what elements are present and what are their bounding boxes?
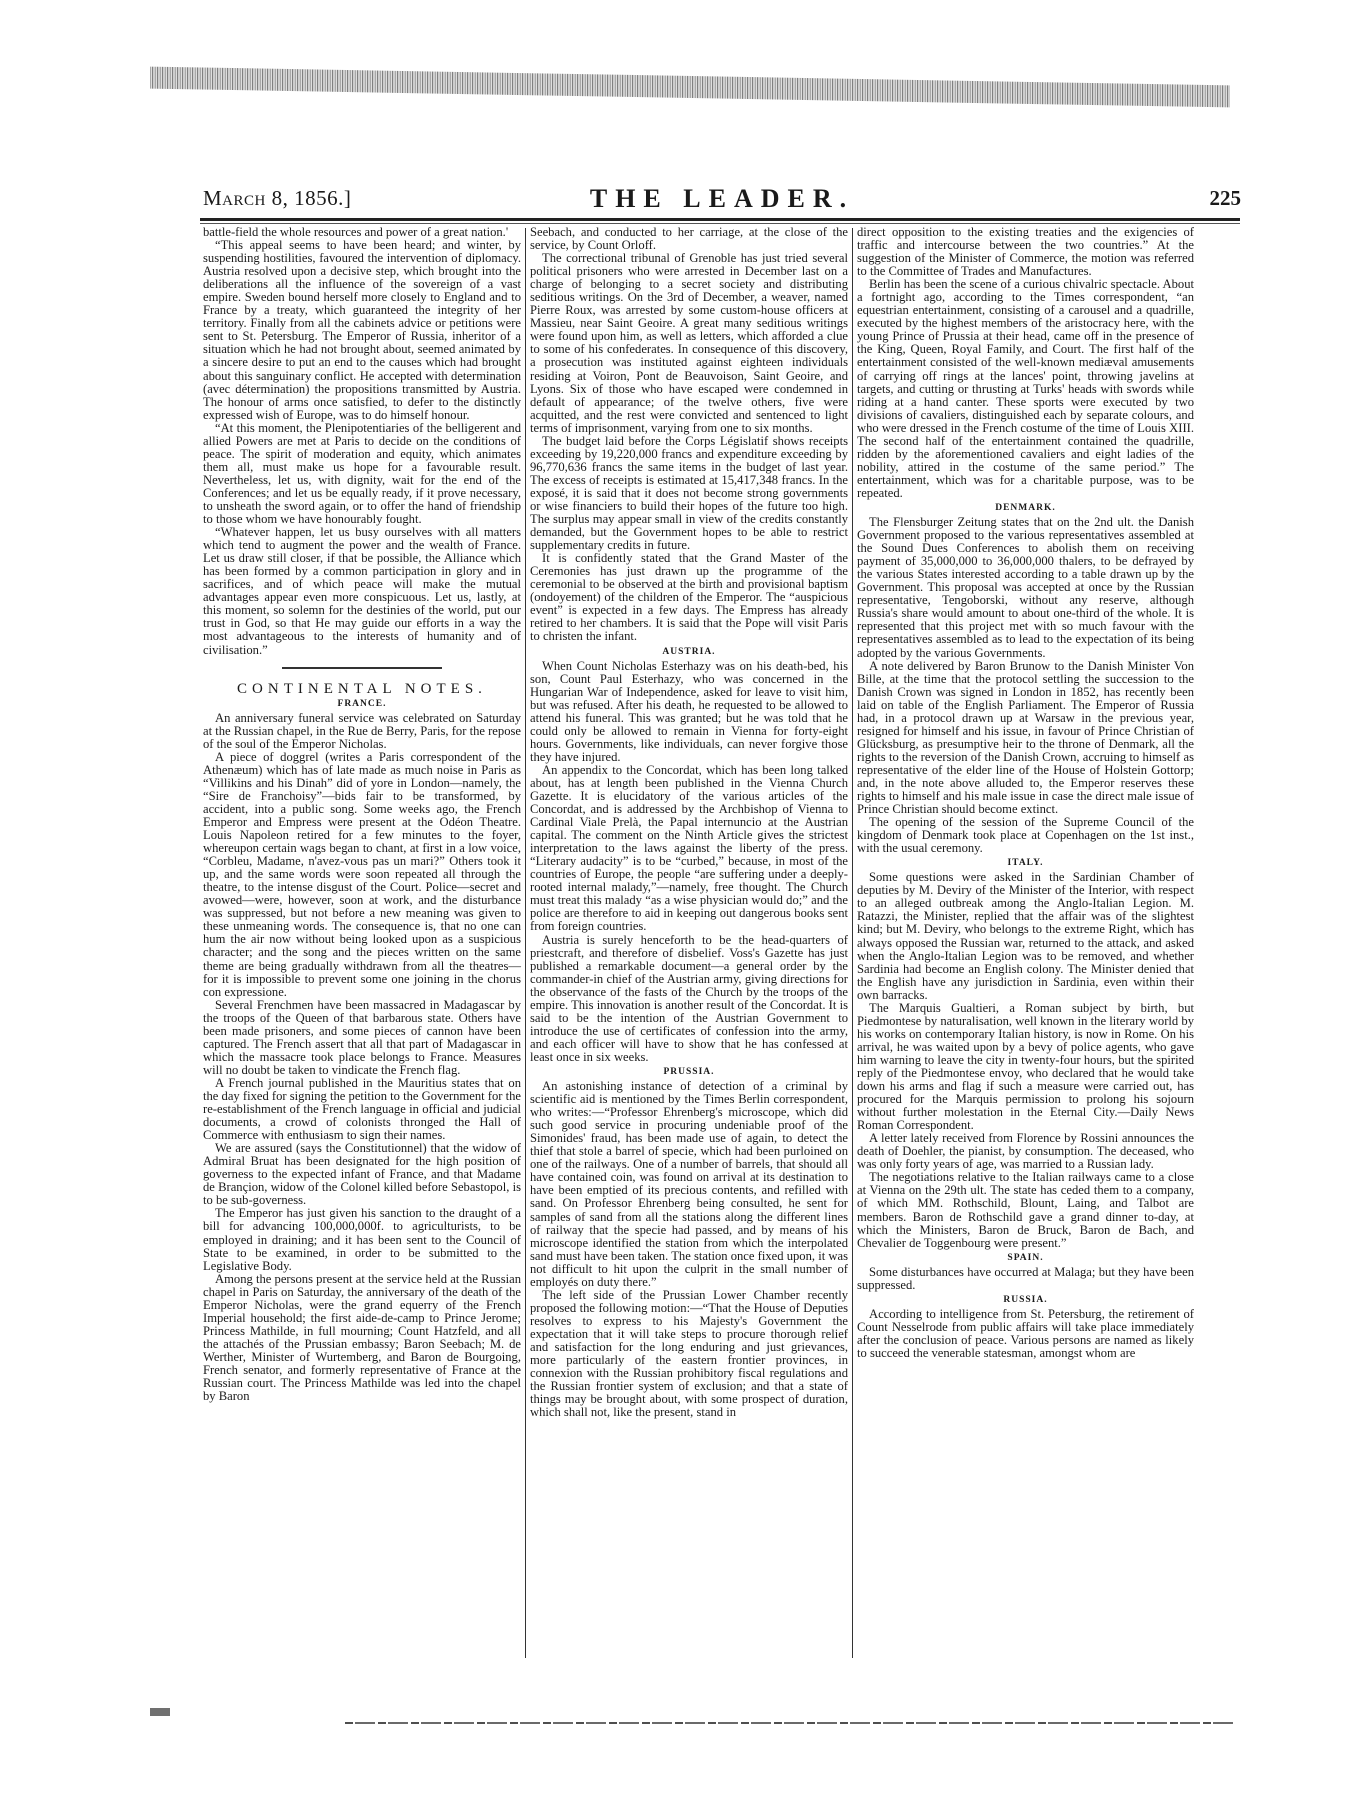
paragraph: Berlin has been the scene of a curious c… [857, 278, 1194, 500]
prussia-notes: An astonishing instance of detection of … [530, 1080, 848, 1419]
paragraph: A piece of doggrel (writes a Paris corre… [203, 751, 521, 999]
paragraph: A letter lately received from Florence b… [857, 1132, 1194, 1171]
masthead: March 8, 1856.] THE LEADER. 225 [203, 184, 1241, 216]
paragraph: The correctional tribunal of Grenoble ha… [530, 252, 848, 435]
section-divider [282, 667, 442, 669]
austria-notes: When Count Nicholas Esterhazy was on his… [530, 660, 848, 1064]
paragraph: Some questions were asked in the Sardini… [857, 871, 1194, 1001]
page-number: 225 [1210, 186, 1242, 211]
masthead-rule [200, 218, 1240, 221]
heading-russia: RUSSIA. [857, 1294, 1194, 1307]
newspaper-title: THE LEADER. [203, 184, 1241, 214]
paragraph: Austria is surely henceforth to be the h… [530, 934, 848, 1064]
paragraph: An appendix to the Concordat, which has … [530, 764, 848, 934]
paragraph: “Whatever happen, let us busy ourselves … [203, 526, 521, 656]
heading-denmark: DENMARK. [857, 502, 1194, 515]
column-1: battle-field the whole resources and pow… [203, 226, 521, 1403]
paragraph: The budget laid before the Corps Législa… [530, 435, 848, 552]
russia-notes: According to intelligence from St. Peter… [857, 1308, 1194, 1360]
column-divider [852, 228, 853, 1658]
paragraph: The Emperor has just given his sanction … [203, 1207, 521, 1272]
france-notes: An anniversary funeral service was celeb… [203, 712, 521, 1403]
heading-austria: AUSTRIA. [530, 646, 848, 659]
paragraph: The left side of the Prussian Lower Cham… [530, 1289, 848, 1419]
section-title-continental-notes: CONTINENTAL NOTES. [203, 683, 521, 696]
column-2: Seebach, and conducted to her carriage, … [530, 226, 848, 1419]
column-3: direct opposition to the existing treati… [857, 226, 1194, 1360]
scan-artifact-band [150, 67, 1230, 108]
paragraph: We are assured (says the Constitutionnel… [203, 1142, 521, 1207]
article-continuation: battle-field the whole resources and pow… [203, 226, 521, 657]
prussia-notes-continued: direct opposition to the existing treati… [857, 226, 1194, 500]
scan-artifact-rule [345, 1722, 1235, 1724]
paragraph: Several Frenchmen have been massacred in… [203, 999, 521, 1077]
paragraph: It is confidently stated that the Grand … [530, 552, 848, 643]
paragraph: According to intelligence from St. Peter… [857, 1308, 1194, 1360]
heading-italy: ITALY. [857, 857, 1194, 870]
heading-prussia: PRUSSIA. [530, 1066, 848, 1079]
spain-notes: Some disturbances have occurred at Malag… [857, 1266, 1194, 1292]
paragraph: An astonishing instance of detection of … [530, 1080, 848, 1289]
paragraph: direct opposition to the existing treati… [857, 226, 1194, 278]
paragraph: The Marquis Gualtieri, a Roman subject b… [857, 1002, 1194, 1132]
italy-notes: Some questions were asked in the Sardini… [857, 871, 1194, 1249]
paragraph: A French journal published in the Maurit… [203, 1077, 521, 1142]
paragraph: Seebach, and conducted to her carriage, … [530, 226, 848, 252]
france-notes-continued: Seebach, and conducted to her carriage, … [530, 226, 848, 644]
paragraph: A note delivered by Baron Brunow to the … [857, 660, 1194, 817]
paragraph: The negotiations relative to the Italian… [857, 1171, 1194, 1249]
column-divider [525, 228, 526, 1658]
heading-spain: SPAIN. [857, 1252, 1194, 1265]
paragraph: The Flensburger Zeitung states that on t… [857, 516, 1194, 660]
paragraph: “This appeal seems to have been heard; a… [203, 239, 521, 422]
paragraph: When Count Nicholas Esterhazy was on his… [530, 660, 848, 764]
denmark-notes: The Flensburger Zeitung states that on t… [857, 516, 1194, 855]
paragraph: An anniversary funeral service was celeb… [203, 712, 521, 751]
paragraph: “At this moment, the Plenipotentiaries o… [203, 422, 521, 526]
paragraph: The opening of the session of the Suprem… [857, 816, 1194, 855]
masthead-rule-thin [200, 223, 1240, 224]
paragraph: Some disturbances have occurred at Malag… [857, 1266, 1194, 1292]
scan-artifact-mark [150, 1708, 170, 1716]
paragraph: Among the persons present at the service… [203, 1273, 521, 1403]
heading-france: FRANCE. [203, 698, 521, 711]
